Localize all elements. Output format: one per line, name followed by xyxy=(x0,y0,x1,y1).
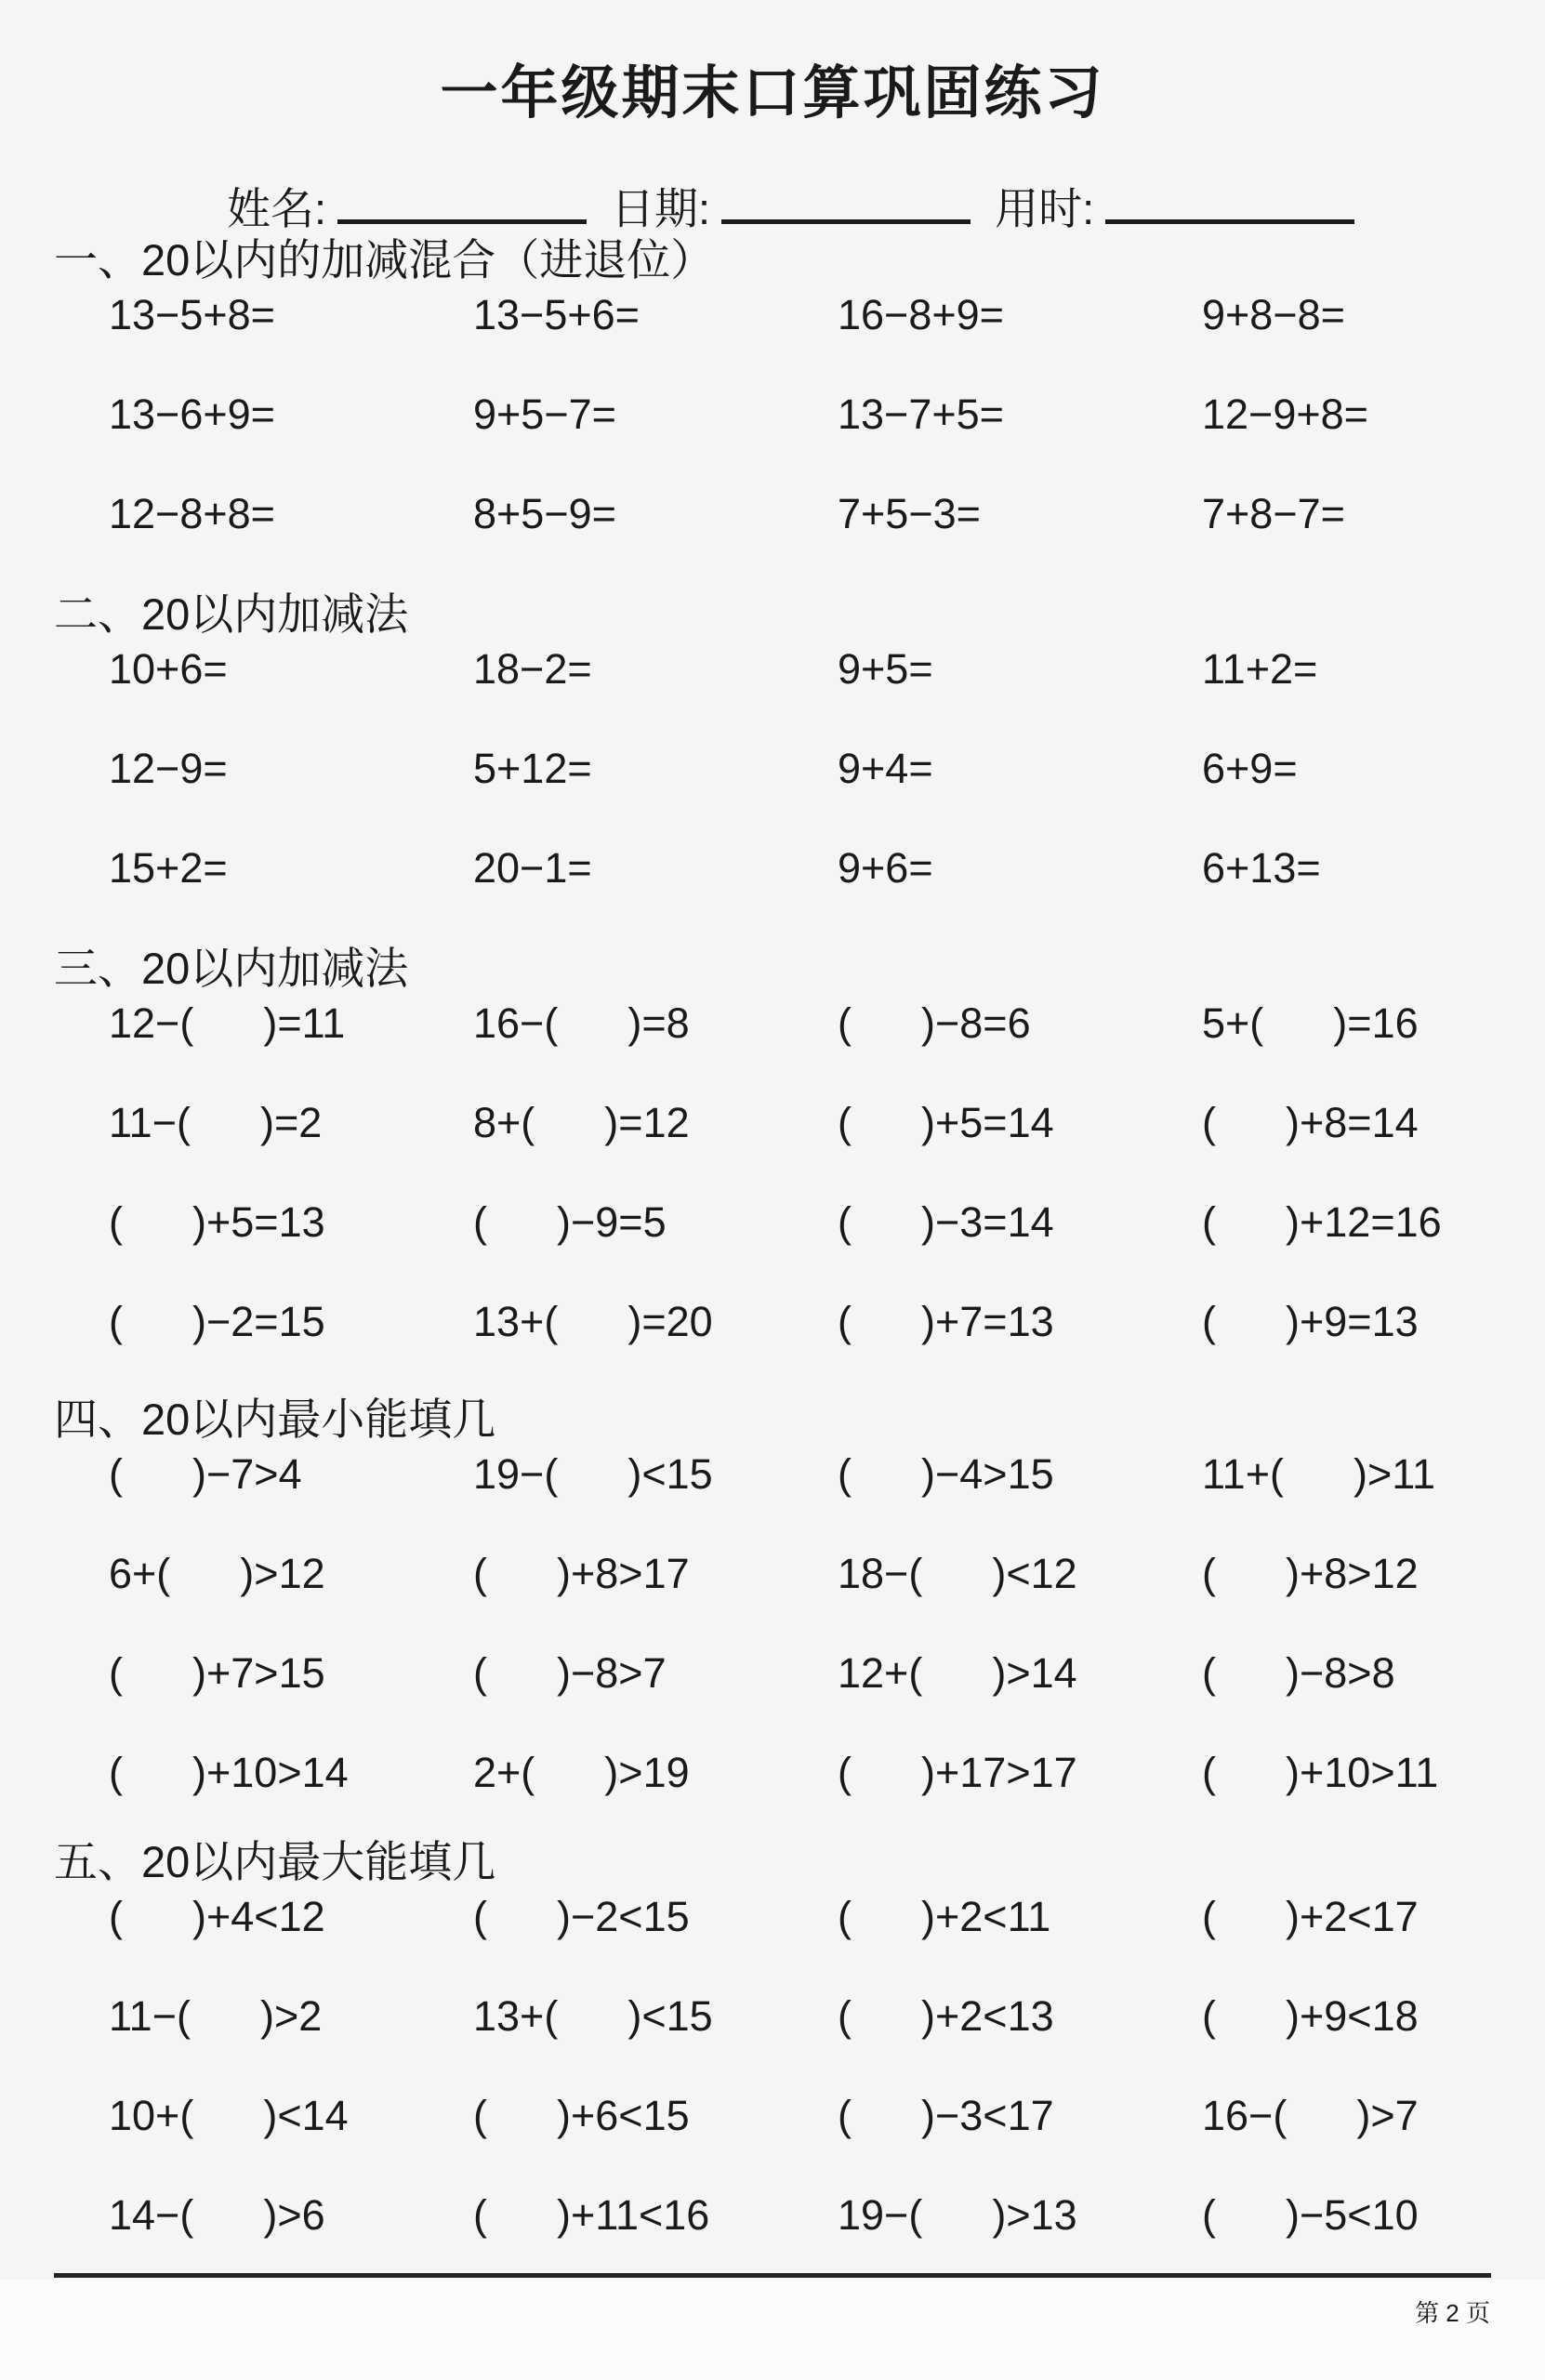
problem-row: 10+6=18−2=9+5=11+2= xyxy=(109,647,1545,747)
section-5-largest-fill: 五、20以内最大能填几 ( )+4<12( )−2<15( )+2<11( )+… xyxy=(0,1836,1545,2293)
name-field: 姓名: xyxy=(227,173,611,234)
math-problem: ( )+9=13 xyxy=(1202,1300,1545,1343)
section-3-fill-blank: 三、20以内加减法 12−( )=1116−( )=8( )−8=65+( )=… xyxy=(0,943,1545,1399)
page-number: 第 2 页 xyxy=(1415,2294,1490,2329)
section-title: 五、20以内最大能填几 xyxy=(54,1836,1545,1895)
math-problem: 11+( )>11 xyxy=(1202,1452,1545,1496)
math-problem: 19−( )<15 xyxy=(473,1452,838,1496)
section-problems: 13−5+8=13−5+6=16−8+9=9+8−8=13−6+9=9+5−7=… xyxy=(0,293,1545,591)
math-problem: ( )+7>15 xyxy=(109,1651,473,1695)
math-problem: ( )+8=14 xyxy=(1202,1101,1545,1144)
math-problem: 9+4= xyxy=(838,747,1202,790)
problem-row: ( )−7>419−( )<15( )−4>1511+( )>11 xyxy=(109,1452,1545,1552)
math-problem: 13−7+5= xyxy=(838,392,1202,436)
math-problem: ( )+8>12 xyxy=(1202,1552,1545,1595)
math-problem: 10+( )<14 xyxy=(109,2094,473,2137)
math-problem: 13+( )=20 xyxy=(473,1300,838,1343)
math-problem: 13−5+8= xyxy=(109,293,473,337)
math-problem: 8+( )=12 xyxy=(473,1101,838,1144)
math-problem: 2+( )>19 xyxy=(473,1751,838,1794)
math-problem: 6+13= xyxy=(1202,846,1545,890)
math-problem: 12+( )>14 xyxy=(838,1651,1202,1695)
math-problem: 20−1= xyxy=(473,846,838,890)
math-problem: ( )+2<13 xyxy=(838,1994,1202,2038)
problem-row: 13−6+9=9+5−7=13−7+5=12−9+8= xyxy=(109,392,1545,492)
math-problem: ( )+7=13 xyxy=(838,1300,1202,1343)
math-problem: 9+8−8= xyxy=(1202,293,1545,337)
section-problems: 10+6=18−2=9+5=11+2=12−9=5+12=9+4=6+9=15+… xyxy=(0,647,1545,945)
section-1-mixed-add-subtract: 一、20以内的加减混合（进退位） 13−5+8=13−5+6=16−8+9=9+… xyxy=(0,234,1545,591)
section-title: 一、20以内的加减混合（进退位） xyxy=(54,234,1545,293)
section-problems: ( )−7>419−( )<15( )−4>1511+( )>116+( )>1… xyxy=(0,1452,1545,1850)
math-problem: 8+5−9= xyxy=(473,492,838,535)
math-problem: 16−( )=8 xyxy=(473,1001,838,1045)
date-blank-line xyxy=(721,173,971,224)
math-problem: ( )+17>17 xyxy=(838,1751,1202,1794)
math-problem: ( )+6<15 xyxy=(473,2094,838,2137)
problem-row: 11−( )=28+( )=12( )+5=14( )+8=14 xyxy=(109,1101,1545,1200)
section-title: 二、20以内加减法 xyxy=(54,588,1545,647)
math-problem: ( )−3=14 xyxy=(838,1200,1202,1244)
math-problem: 14−( )>6 xyxy=(109,2193,473,2237)
math-problem: 13−6+9= xyxy=(109,392,473,436)
math-problem: 15+2= xyxy=(109,846,473,890)
problem-row: 13−5+8=13−5+6=16−8+9=9+8−8= xyxy=(109,293,1545,392)
math-problem: 7+5−3= xyxy=(838,492,1202,535)
math-problem: ( )+11<16 xyxy=(473,2193,838,2237)
problem-row: ( )+4<12( )−2<15( )+2<11( )+2<17 xyxy=(109,1895,1545,1994)
problem-row: ( )+5=13( )−9=5( )−3=14( )+12=16 xyxy=(109,1200,1545,1300)
math-problem: 19−( )>13 xyxy=(838,2193,1202,2237)
problem-row: ( )−2=1513+( )=20( )+7=13( )+9=13 xyxy=(109,1300,1545,1399)
footer-background xyxy=(0,2280,1545,2380)
math-problem: 12−9= xyxy=(109,747,473,790)
problem-row: 12−9=5+12=9+4=6+9= xyxy=(109,747,1545,846)
math-problem: 11−( )=2 xyxy=(109,1101,473,1144)
problem-row: 11−( )>213+( )<15( )+2<13( )+9<18 xyxy=(109,1994,1545,2094)
math-problem: ( )−2<15 xyxy=(473,1895,838,1938)
problem-row: 6+( )>12( )+8>1718−( )<12( )+8>12 xyxy=(109,1552,1545,1651)
section-4-smallest-fill: 四、20以内最小能填几 ( )−7>419−( )<15( )−4>1511+(… xyxy=(0,1394,1545,1850)
section-problems: 12−( )=1116−( )=8( )−8=65+( )=1611−( )=2… xyxy=(0,1001,1545,1399)
time-used-field: 用时: xyxy=(995,173,1354,234)
problem-row: ( )+7>15( )−8>712+( )>14( )−8>8 xyxy=(109,1651,1545,1751)
math-problem: 13−5+6= xyxy=(473,293,838,337)
math-problem: ( )+10>14 xyxy=(109,1751,473,1794)
math-problem: ( )+8>17 xyxy=(473,1552,838,1595)
math-problem: ( )+12=16 xyxy=(1202,1200,1545,1244)
math-problem: ( )−5<10 xyxy=(1202,2193,1545,2237)
math-problem: ( )−9=5 xyxy=(473,1200,838,1244)
math-problem: 9+6= xyxy=(838,846,1202,890)
name-blank-line xyxy=(337,173,587,224)
math-problem: ( )−2=15 xyxy=(109,1300,473,1343)
section-title: 四、20以内最小能填几 xyxy=(54,1394,1545,1452)
math-problem: ( )+9<18 xyxy=(1202,1994,1545,2038)
page-title: 一年级期末口算巩固练习 xyxy=(0,46,1545,129)
problem-row: 12−( )=1116−( )=8( )−8=65+( )=16 xyxy=(109,1001,1545,1101)
math-problem: ( )−3<17 xyxy=(838,2094,1202,2137)
math-problem: ( )+4<12 xyxy=(109,1895,473,1938)
problem-row: 12−8+8=8+5−9=7+5−3=7+8−7= xyxy=(109,492,1545,591)
math-problem: ( )+5=13 xyxy=(109,1200,473,1244)
name-label: 姓名: xyxy=(227,184,326,234)
math-problem: ( )−8>8 xyxy=(1202,1651,1545,1695)
date-field: 日期: xyxy=(611,173,995,234)
math-problem: ( )−8=6 xyxy=(838,1001,1202,1045)
math-problem: ( )−7>4 xyxy=(109,1452,473,1496)
math-problem: 11+2= xyxy=(1202,647,1545,691)
math-problem: ( )+2<11 xyxy=(838,1895,1202,1938)
section-2-add-subtract: 二、20以内加减法 10+6=18−2=9+5=11+2=12−9=5+12=9… xyxy=(0,588,1545,945)
math-problem: 16−8+9= xyxy=(838,293,1202,337)
problem-row: ( )+10>142+( )>19( )+17>17( )+10>11 xyxy=(109,1751,1545,1850)
math-problem: 5+( )=16 xyxy=(1202,1001,1545,1045)
problem-row: 15+2=20−1=9+6=6+13= xyxy=(109,846,1545,945)
math-problem: 12−9+8= xyxy=(1202,392,1545,436)
math-problem: 11−( )>2 xyxy=(109,1994,473,2038)
section-title: 三、20以内加减法 xyxy=(54,943,1545,1001)
math-problem: 12−( )=11 xyxy=(109,1001,473,1045)
math-problem: 7+8−7= xyxy=(1202,492,1545,535)
math-problem: 9+5= xyxy=(838,647,1202,691)
math-problem: ( )+10>11 xyxy=(1202,1751,1545,1794)
math-problem: 6+9= xyxy=(1202,747,1545,790)
math-problem: ( )+5=14 xyxy=(838,1101,1202,1144)
math-problem: 6+( )>12 xyxy=(109,1552,473,1595)
problem-row: 10+( )<14( )+6<15( )−3<1716−( )>7 xyxy=(109,2094,1545,2193)
math-problem: 18−( )<12 xyxy=(838,1552,1202,1595)
time-used-label: 用时: xyxy=(995,184,1094,234)
time-used-blank-line xyxy=(1105,173,1354,224)
math-problem: 12−8+8= xyxy=(109,492,473,535)
section-problems: ( )+4<12( )−2<15( )+2<11( )+2<1711−( )>2… xyxy=(0,1895,1545,2293)
math-problem: ( )+2<17 xyxy=(1202,1895,1545,1938)
math-problem: 18−2= xyxy=(473,647,838,691)
date-label: 日期: xyxy=(611,184,710,234)
math-problem: ( )−4>15 xyxy=(838,1452,1202,1496)
math-problem: 10+6= xyxy=(109,647,473,691)
math-problem: 16−( )>7 xyxy=(1202,2094,1545,2137)
math-problem: ( )−8>7 xyxy=(473,1651,838,1695)
math-problem: 9+5−7= xyxy=(473,392,838,436)
math-problem: 5+12= xyxy=(473,747,838,790)
header-fields-row: 姓名: 日期: 用时: xyxy=(227,173,1354,234)
footer-divider-line xyxy=(54,2273,1491,2278)
math-problem: 13+( )<15 xyxy=(473,1994,838,2038)
